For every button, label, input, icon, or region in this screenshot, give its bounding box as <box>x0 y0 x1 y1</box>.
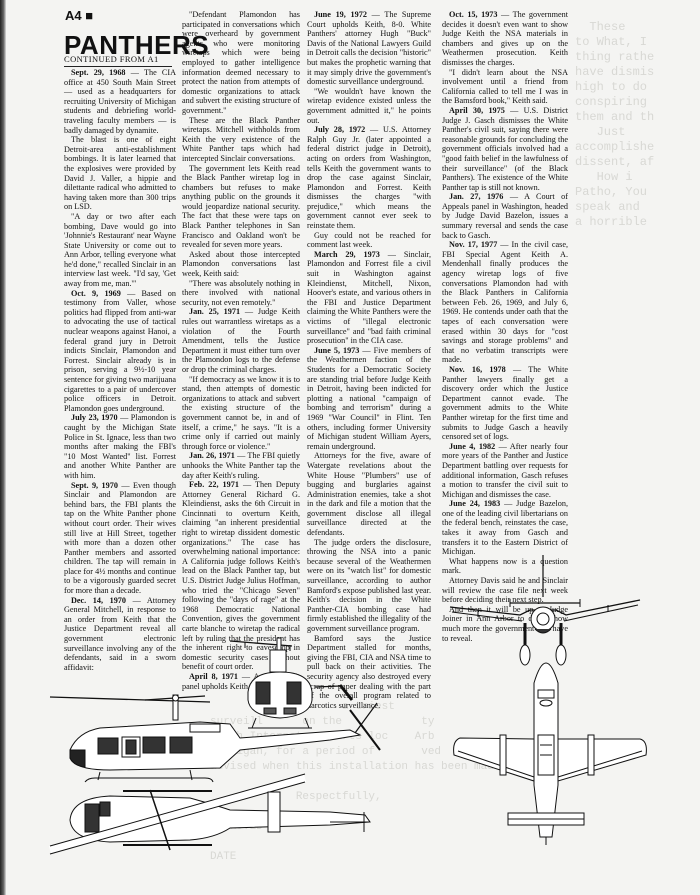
paragraph: Jan. 27, 1976 — A Court of Appeals panel… <box>442 192 568 240</box>
helicopter-side-view <box>50 685 380 782</box>
airplane-drawing-icon <box>430 555 700 845</box>
paragraph: Attorneys for the five, aware of Waterga… <box>307 451 431 537</box>
bleed-through-text: These to What, I thing rathe have dismis… <box>575 20 654 230</box>
paragraph: Nov. 16, 1978 — The White Panther lawyer… <box>442 365 568 442</box>
paragraph: These are the Black Panther wiretaps. Mi… <box>182 116 300 164</box>
paragraph: "I didn't learn about the NSA involvemen… <box>442 68 568 106</box>
helicopter-front-view <box>230 638 340 728</box>
paragraph: Sept. 29, 1968 — The CIA office at 450 S… <box>64 68 176 135</box>
article-column-4: Oct. 15, 1973 — The government decides i… <box>442 10 568 643</box>
paragraph: "There was absolutely nothing in there i… <box>182 279 300 308</box>
paragraph: June 24, 1983 — Judge Bazelon, one of th… <box>442 499 568 557</box>
paragraph: June 19, 1972 — The Supreme Court uphold… <box>307 10 431 87</box>
article-column-2: "Defendant Plamondon has participated in… <box>182 10 300 691</box>
paragraph: Asked about those intercepted Plamondon … <box>182 250 300 279</box>
page-scan-edge <box>0 0 6 895</box>
paragraph: April 30, 1975 — U.S. District Judge J. … <box>442 106 568 192</box>
article-column-1: Sept. 29, 1968 — The CIA office at 450 S… <box>64 68 176 672</box>
paragraph: "We wouldn't have known the wiretap evid… <box>307 87 431 125</box>
paragraph: Sept. 9, 1970 — Even though Sinclair and… <box>64 481 176 596</box>
paragraph: The government lets Keith read the Black… <box>182 164 300 250</box>
paragraph: July 28, 1972 — U.S. Attorney Ralph Guy … <box>307 125 431 231</box>
paragraph: Oct. 15, 1973 — The government decides i… <box>442 10 568 68</box>
paragraph: Jan. 26, 1971 — The FBI quietly unhooks … <box>182 451 300 480</box>
airplane-top-view <box>454 663 647 845</box>
continued-from: CONTINUED FROM A1 <box>64 54 172 67</box>
paragraph: Nov. 17, 1977 — In the civil case, FBI S… <box>442 240 568 365</box>
paragraph: Jan. 25, 1971 — Judge Keith rules out wa… <box>182 307 300 374</box>
helicopter-drawing-icon <box>30 600 390 860</box>
paragraph: June 4, 1982 — After nearly four more ye… <box>442 442 568 500</box>
helicopter-top-view <box>50 774 370 854</box>
page-number: A4 ■ <box>65 8 93 23</box>
paragraph: July 23, 1970 — Plamondon is caught by t… <box>64 413 176 480</box>
airplane-front-view <box>450 555 640 665</box>
paragraph: June 5, 1973 — Five members of the Weath… <box>307 346 431 452</box>
paragraph: Oct. 9, 1969 — Based on testimony from V… <box>64 289 176 414</box>
paragraph: "If democracy as we know it is to stand,… <box>182 375 300 452</box>
paragraph: "A day or two after each bombing, Dave w… <box>64 212 176 289</box>
paragraph: "Defendant Plamondon has participated in… <box>182 10 300 116</box>
paragraph: March 29, 1973 — Sinclair, Plamondon and… <box>307 250 431 346</box>
paragraph: The blast is one of eight Detroit-area a… <box>64 135 176 212</box>
paragraph: Guy could not be reached for comment las… <box>307 231 431 250</box>
